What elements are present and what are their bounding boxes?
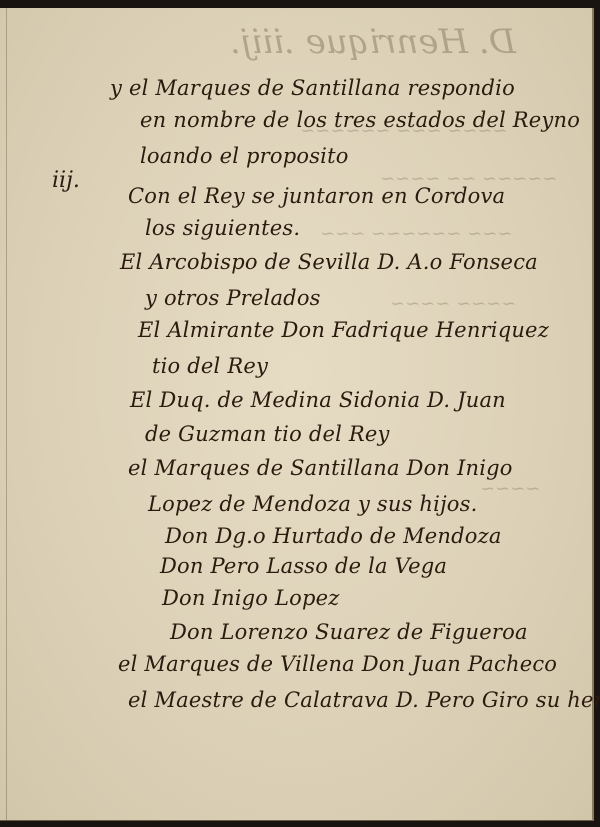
manuscript-line: loando el proposito [140, 144, 349, 168]
bleed-through-text: ~~~ ~~~~~~ ~~~ [320, 223, 512, 244]
manuscript-line: El Almirante Don Fadrique Henriquez [138, 318, 549, 342]
manuscript-line: Con el Rey se juntaron en Cordova [128, 184, 505, 208]
manuscript-line: el Maestre de Calatrava D. Pero Giro su … [128, 688, 600, 712]
manuscript-line: Lopez de Mendoza y sus hijos. [148, 492, 478, 516]
manuscript-line: Don Pero Lasso de la Vega [160, 554, 447, 578]
manuscript-line: los siguientes. [145, 216, 300, 240]
manuscript-line: Don Inigo Lopez [162, 586, 340, 610]
manuscript-line: El Duq. de Medina Sidonia D. Juan [130, 388, 506, 412]
bleed-through-text: ~~~~ [480, 478, 540, 499]
manuscript-line: Don Lorenzo Suarez de Figueroa [170, 620, 528, 644]
manuscript-line: tio del Rey [152, 354, 268, 378]
manuscript-page: D. Henrique .iiij. ~~~~ ~~~ ~~~~~~ ~~~~~… [0, 8, 594, 821]
manuscript-line: y otros Prelados [145, 286, 321, 310]
manuscript-line: el Marques de Santillana Don Inigo [128, 456, 513, 480]
manuscript-line: y el Marques de Santillana respondio [110, 76, 515, 100]
marginal-numeral: iij. [52, 168, 80, 193]
manuscript-line: El Arcobispo de Sevilla D. A.o Fonseca [120, 250, 538, 274]
manuscript-line: de Guzman tio del Rey [145, 422, 390, 446]
bleed-through-header: D. Henrique .iiij. [230, 22, 516, 62]
manuscript-line: en nombre de los tres estados del Reyno [140, 108, 580, 132]
manuscript-line: Don Dg.o Hurtado de Mendoza [165, 524, 502, 548]
bleed-through-text: ~~~~ ~~~~ [390, 293, 516, 314]
manuscript-line: el Marques de Villena Don Juan Pacheco [118, 652, 557, 676]
